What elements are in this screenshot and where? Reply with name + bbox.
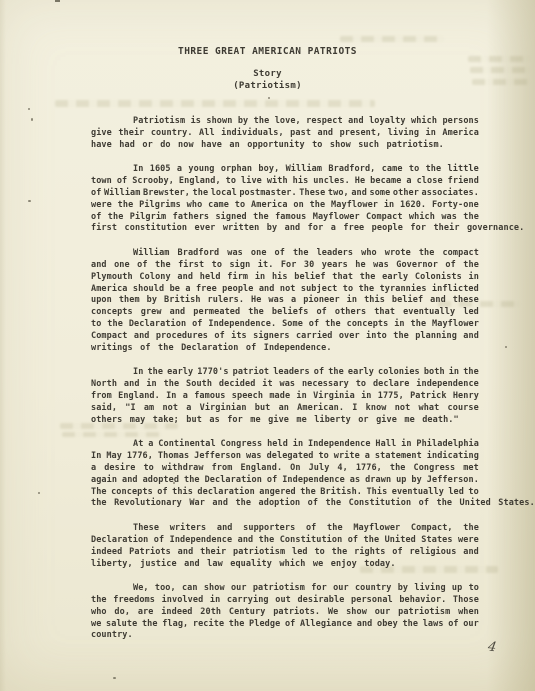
paragraph: AtaContinentalCongressheldinIndependence…: [91, 439, 479, 510]
text-line: country.: [91, 630, 479, 642]
text-line: NorthandintheSouthdecideditwasnecessaryt…: [91, 379, 479, 391]
bleedthrough-artifact: [55, 100, 375, 107]
text-line: wesalutetheflag,recitethePledgeofAllegia…: [91, 619, 479, 631]
text-line: In1605ayoungorphanboy,WilliamBradford,ca…: [91, 164, 479, 176]
scan-speck: [28, 108, 30, 110]
scan-speck: [38, 492, 40, 494]
text-line: first constitution ever written by and f…: [91, 223, 479, 235]
text-line: writings of the Declaration of Independe…: [91, 343, 479, 355]
text-line: thefreedomsinvolvedincarryingoutdesirabl…: [91, 595, 479, 607]
text-line: Intheearly1770'spatriotleadersoftheearly…: [91, 367, 479, 379]
text-line: townofScrooby,England,tolivewithhisuncle…: [91, 176, 479, 188]
text-line: liberty, justice and law equality which …: [91, 559, 479, 571]
text-line: givetheircountry.Allindividuals,pastandp…: [91, 128, 479, 140]
text-line: Americashouldbeafreepeopleandnotsubjectt…: [91, 284, 479, 296]
document-body: Patriotismisshownbythelove,respectandloy…: [91, 116, 479, 655]
text-line: ofthePilgrimfatherssignedthefamousMayflo…: [91, 212, 479, 224]
bleedthrough-artifact: [340, 36, 444, 42]
paragraph: In1605ayoungorphanboy,WilliamBradford,ca…: [91, 164, 479, 235]
paragraph: We,too,canshowourpatriotismforourcountry…: [91, 583, 479, 642]
document-title: THREE GREAT AMERICAN PATRIOTS: [0, 46, 535, 57]
scan-speck: [55, 0, 60, 2]
scan-speck: [268, 97, 270, 99]
text-line: adesiretowithdrawfromEngland.OnJuly4,177…: [91, 463, 479, 475]
text-line: have had or do now have an opportunity t…: [91, 140, 479, 152]
paragraph: ThesewritersandsupportersoftheMayflowerC…: [91, 523, 479, 570]
text-line: said,"IamnotaVirginianbutanAmerican.Ikno…: [91, 403, 479, 415]
text-line: AtaContinentalCongressheldinIndependence…: [91, 439, 479, 451]
document-subtitle-type: (Patriotism): [0, 81, 535, 93]
text-line: WilliamBradfordwasoneoftheleaderswhowrot…: [91, 248, 479, 260]
text-line: DeclarationofIndependenceandtheConstitut…: [91, 535, 479, 547]
text-line: conceptsgrewandpermeatedthebeliefsofothe…: [91, 307, 479, 319]
text-line: andoneofthefirsttosignit.For30yearshewas…: [91, 260, 479, 272]
page-number: 4: [487, 640, 498, 655]
text-line: whodo,areindeed20thCenturypatriots.Wesho…: [91, 607, 479, 619]
paragraph: Patriotismisshownbythelove,respectandloy…: [91, 116, 479, 151]
text-line: We,too,canshowourpatriotismforourcountry…: [91, 583, 479, 595]
text-line: uponthembyBritishrulers.Hewasapioneerint…: [91, 295, 479, 307]
text-line: TheconceptsofthisdeclarationangeredtheBr…: [91, 487, 479, 499]
text-line: totheDeclarationofIndependence.Someofthe…: [91, 319, 479, 331]
text-line: others may take; but as for me give me l…: [91, 415, 479, 427]
text-line: Compactandproceduresofitssignerscarriedo…: [91, 331, 479, 343]
text-line: InMay1776,ThomasJeffersonwasdelegatedtow…: [91, 451, 479, 463]
text-line: Patriotismisshownbythelove,respectandloy…: [91, 116, 479, 128]
scan-speck: [505, 346, 507, 348]
text-line: ofWilliamBrewster,thelocalpostmaster.The…: [91, 188, 479, 200]
text-line: PlymouthColonyandheldfirminhisbeliefthat…: [91, 272, 479, 284]
text-line: indeedPatriotsandtheirpatriotismledtothe…: [91, 547, 479, 559]
paragraph: WilliamBradfordwasoneoftheleaderswhowrot…: [91, 248, 479, 354]
text-line: the Revolutionary War and the adoption o…: [91, 498, 479, 510]
text-line: ThesewritersandsupportersoftheMayflowerC…: [91, 523, 479, 535]
text-line: againandadoptedtheDeclarationofIndepende…: [91, 475, 479, 487]
scan-speck: [113, 677, 116, 679]
scan-speck: [31, 118, 33, 121]
text-line: werethePilgrimswhocametoAmericaontheMayf…: [91, 200, 479, 212]
document-page: THREE GREAT AMERICAN PATRIOTS Story (Pat…: [0, 0, 535, 691]
document-subtitle: Story: [0, 69, 535, 81]
paragraph: Intheearly1770'spatriotleadersoftheearly…: [91, 367, 479, 426]
title-block: THREE GREAT AMERICAN PATRIOTS Story (Pat…: [0, 46, 535, 92]
text-line: fromEngland.InafamousspeechmadeinVirgini…: [91, 391, 479, 403]
scan-speck: [28, 200, 31, 202]
